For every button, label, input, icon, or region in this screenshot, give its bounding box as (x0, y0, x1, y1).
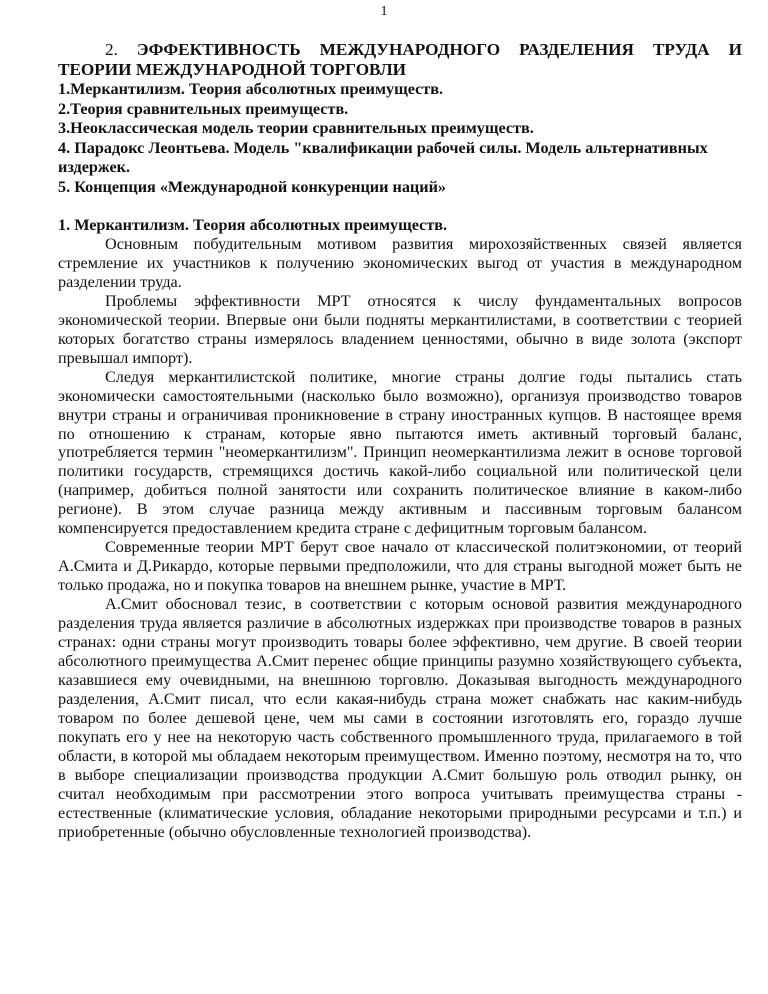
paragraph: Проблемы эффективности МРТ относятся к ч… (58, 292, 742, 368)
paragraph: А.Смит обосновал тезис, в соответствии с… (58, 595, 742, 841)
page-number: 1 (0, 4, 768, 20)
toc-item: 2.Теория сравнительных преимуществ. (58, 100, 742, 120)
paragraph: Современные теории МРТ берут свое начало… (58, 538, 742, 595)
toc-item: 4. Парадокс Леонтьева. Модель "квалифика… (58, 139, 742, 178)
toc-item: 1.Меркантилизм. Теория абсолютных преиму… (58, 80, 742, 100)
chapter-title-text: ЭФФЕКТИВНОСТЬ МЕЖДУНАРОДНОГО РАЗДЕЛЕНИЯ … (58, 40, 742, 79)
paragraph: Следуя меркантилистской политике, многие… (58, 368, 742, 539)
section-heading: 1. Меркантилизм. Теория абсолютных преим… (58, 216, 742, 235)
document-body: 2. ЭФФЕКТИВНОСТЬ МЕЖДУНАРОДНОГО РАЗДЕЛЕН… (58, 40, 742, 842)
chapter-number: 2. (105, 40, 118, 59)
paragraph: Основным побудительным мотивом развития … (58, 235, 742, 292)
table-of-contents: 1.Меркантилизм. Теория абсолютных преиму… (58, 80, 742, 197)
toc-item: 5. Концепция «Международной конкуренции … (58, 178, 742, 198)
chapter-title: 2. ЭФФЕКТИВНОСТЬ МЕЖДУНАРОДНОГО РАЗДЕЛЕН… (58, 40, 742, 80)
toc-item: 3.Неоклассическая модель теории сравните… (58, 119, 742, 139)
